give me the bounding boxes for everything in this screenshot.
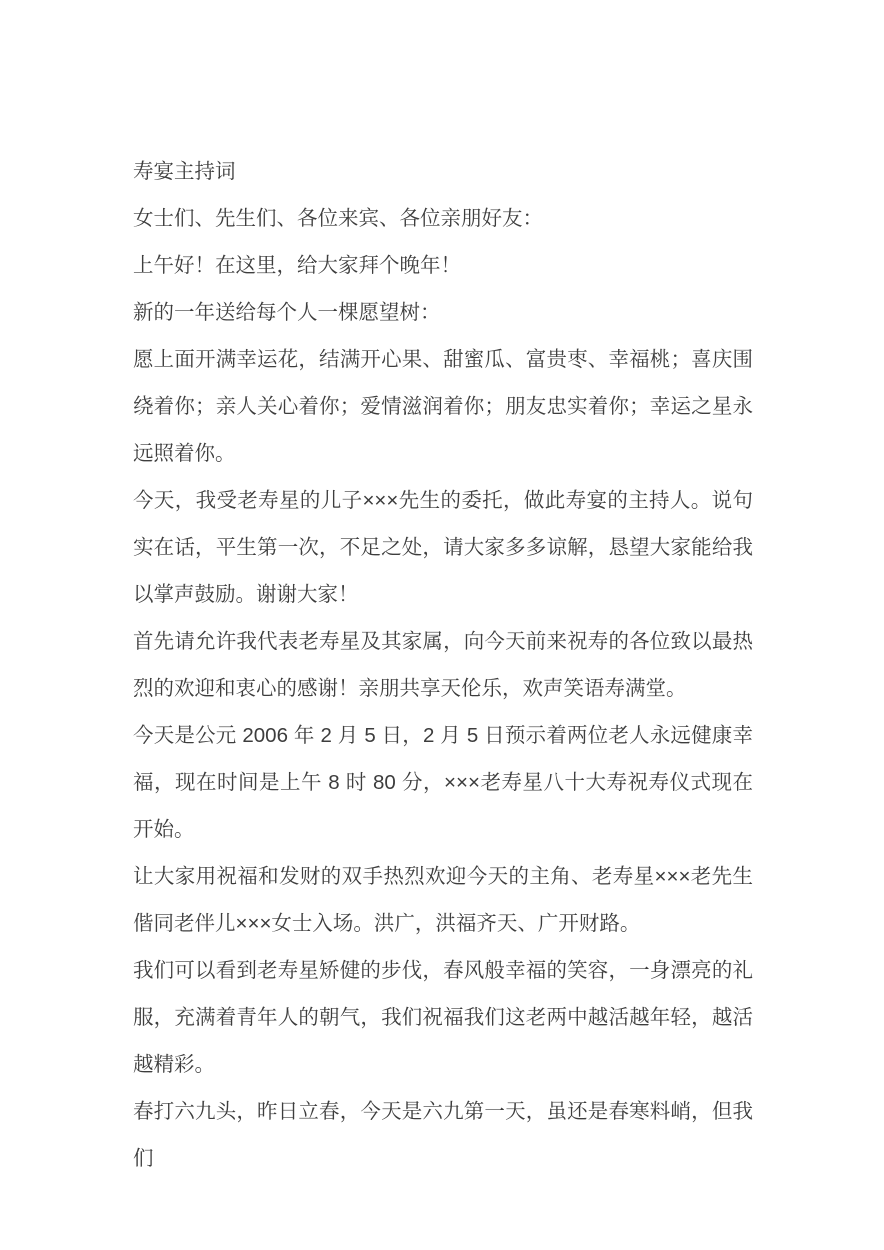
paragraph-wish-tree-intro: 新的一年送给每个人一棵愿望树： xyxy=(133,289,753,336)
paragraph-welcome-thanks: 首先请允许我代表老寿星及其家属，向今天前来祝寿的各位致以最热烈的欢迎和衷心的感谢… xyxy=(133,618,753,712)
paragraph-date-ceremony-start: 今天是公元 2006 年 2 月 5 日，2 月 5 日预示着两位老人永远健康幸… xyxy=(133,712,753,853)
paragraph-host-introduction: 今天，我受老寿星的儿子×××先生的委托，做此寿宴的主持人。说句实在话，平生第一次… xyxy=(133,477,753,618)
paragraph-greeting: 上午好！在这里，给大家拜个晚年！ xyxy=(133,242,753,289)
paragraph-welcome-entrance: 让大家用祝福和发财的双手热烈欢迎今天的主角、老寿星×××老先生偕同老伴儿×××女… xyxy=(133,853,753,947)
paragraph-salutation: 女士们、先生们、各位来宾、各位亲朋好友： xyxy=(133,195,753,242)
paragraph-description-of-elders: 我们可以看到老寿星矫健的步伐，春风般幸福的笑容，一身漂亮的礼服，充满着青年人的朝… xyxy=(133,947,753,1088)
paragraph-wish-tree-blessings: 愿上面开满幸运花，结满开心果、甜蜜瓜、富贵枣、幸福桃；喜庆围绕着你；亲人关心着你… xyxy=(133,336,753,477)
document-page: 寿宴主持词 女士们、先生们、各位来宾、各位亲朋好友： 上午好！在这里，给大家拜个… xyxy=(0,0,884,1250)
document-title: 寿宴主持词 xyxy=(133,148,753,195)
paragraph-spring-season: 春打六九头，昨日立春，今天是六九第一天，虽还是春寒料峭，但我们 xyxy=(133,1088,753,1182)
